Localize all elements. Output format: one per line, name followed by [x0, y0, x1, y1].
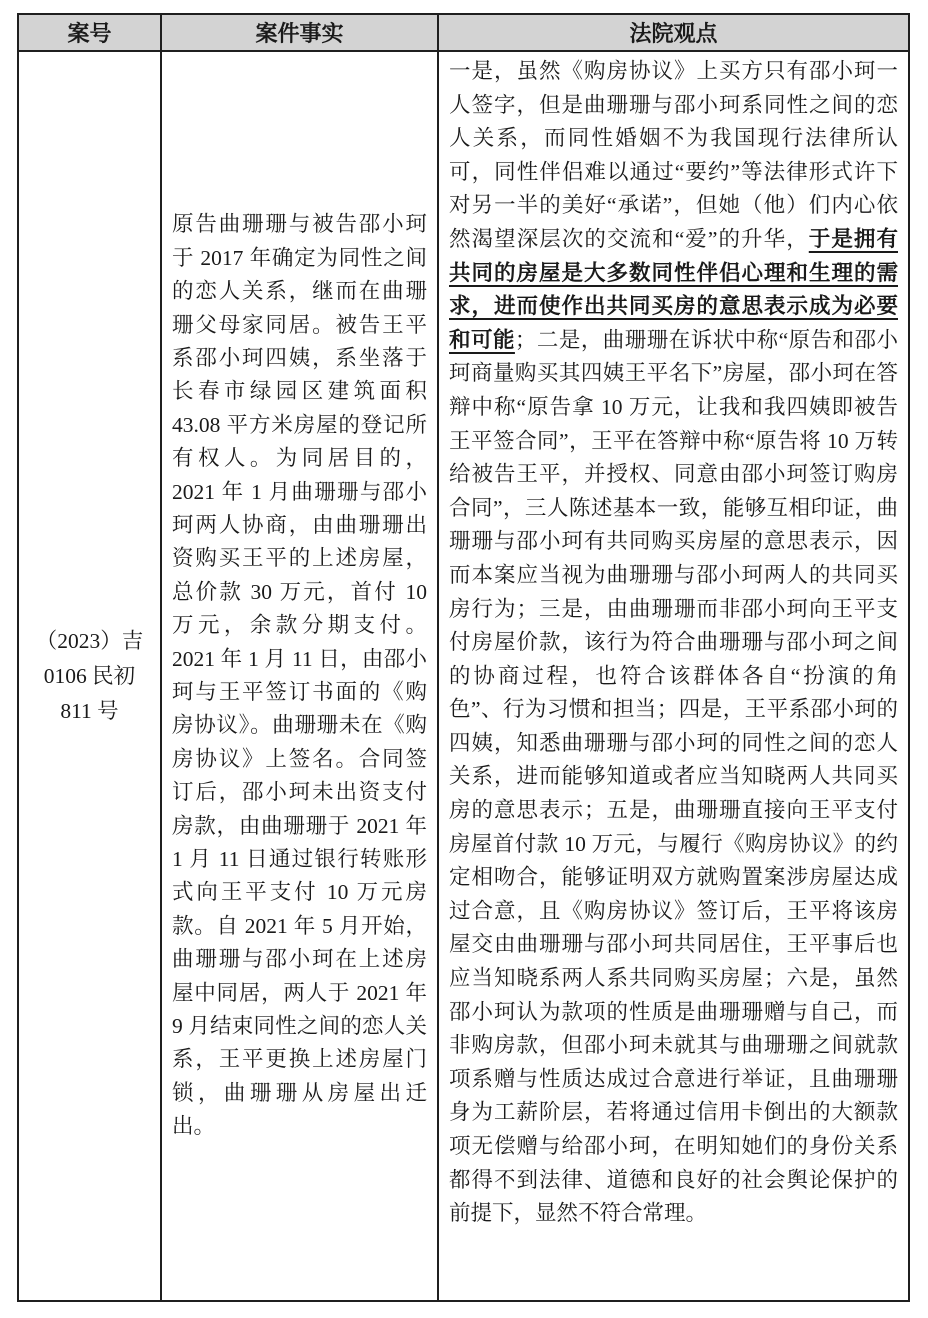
court-opinion-text-lead: 一是，虽然《购房协议》上买方只有邵小珂一人签字，但是曲珊珊与邵小珂系同性之间的恋…: [449, 59, 898, 251]
case-facts-cell: 原告曲珊珊与被告邵小珂于 2017 年确定为同性之间的恋人关系，继而在曲珊珊父母…: [161, 51, 438, 1301]
case-number-text: （2023）吉 0106 民初 811 号: [36, 629, 144, 723]
case-number-cell: （2023）吉 0106 民初 811 号: [18, 51, 161, 1301]
case-facts-text: 原告曲珊珊与被告邵小珂于 2017 年确定为同性之间的恋人关系，继而在曲珊珊父母…: [172, 212, 427, 1138]
document-page: 案号 案件事实 法院观点 （2023）吉 0106 民初 811 号 原告曲珊珊…: [0, 0, 928, 1318]
table-row: （2023）吉 0106 民初 811 号 原告曲珊珊与被告邵小珂于 2017 …: [18, 51, 909, 1301]
table-header-row: 案号 案件事实 法院观点: [18, 14, 909, 51]
header-case-facts: 案件事实: [161, 14, 438, 51]
court-opinion-text-rest: ；二是，曲珊珊在诉状中称“原告和邵小珂商量购买其四姨王平名下”房屋，邵小珂在答辩…: [449, 328, 898, 1225]
court-opinion-cell: 一是，虽然《购房协议》上买方只有邵小珂一人签字，但是曲珊珊与邵小珂系同性之间的恋…: [438, 51, 909, 1301]
case-table: 案号 案件事实 法院观点 （2023）吉 0106 民初 811 号 原告曲珊珊…: [17, 13, 910, 1302]
header-court-opinion: 法院观点: [438, 14, 909, 51]
header-case-number: 案号: [18, 14, 161, 51]
